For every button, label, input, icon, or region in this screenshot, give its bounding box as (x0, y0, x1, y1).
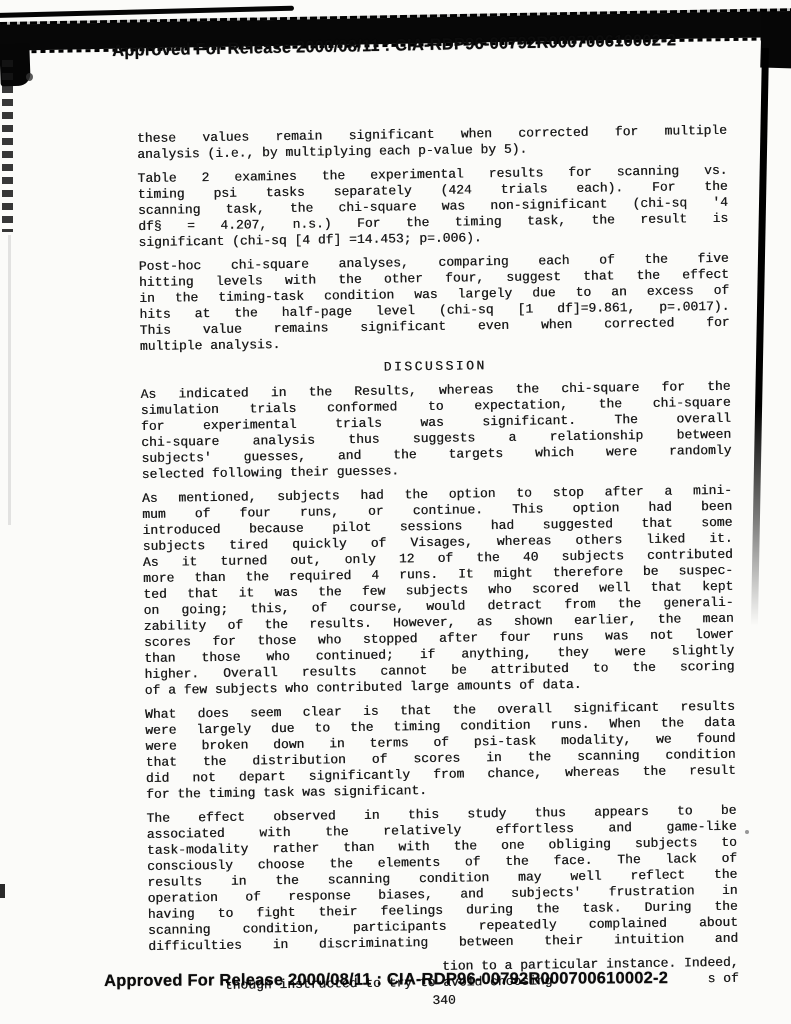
discussion-section: As indicated in the Results, whereas the… (140, 379, 738, 955)
paragraph: Table 2 examines the experimental result… (137, 163, 728, 251)
paragraph: The effect observed in this study thus a… (146, 803, 738, 955)
scan-speck (0, 884, 5, 898)
discussion-heading: DISCUSSION (140, 355, 730, 379)
scan-speck (745, 830, 749, 834)
top-scan-line (0, 6, 294, 18)
top-left-scan-corner (0, 43, 31, 86)
top-scan-ragged-edge (0, 8, 791, 25)
scanned-page: Approved For Release 2000/08/11 : CIA-RD… (0, 0, 791, 1024)
paragraph: What does seem clear is that the overall… (145, 699, 736, 803)
left-scan-streaks (2, 60, 13, 232)
scan-speck (26, 73, 33, 81)
header-release-stamp: Approved For Release 2000/08/11 : CIA-RD… (112, 31, 676, 61)
left-scan-crease (8, 235, 11, 525)
results-section: these values remain significant when cor… (137, 123, 730, 355)
top-right-scan-corner (760, 12, 791, 69)
paragraph: these values remain significant when cor… (137, 123, 727, 163)
paragraph: As indicated in the Results, whereas the… (140, 379, 731, 483)
body-text: these values remain significant when cor… (137, 123, 739, 1013)
paragraph: Post-hoc chi-square analyses, comparing … (139, 251, 730, 355)
footer-last-line-right: s of (707, 971, 738, 987)
right-scan-edge (751, 48, 769, 626)
paragraph: As mentioned, subjects had the option to… (142, 483, 735, 699)
footer-release-stamp: Approved For Release 2000/08/11 : CIA-RD… (104, 969, 668, 991)
